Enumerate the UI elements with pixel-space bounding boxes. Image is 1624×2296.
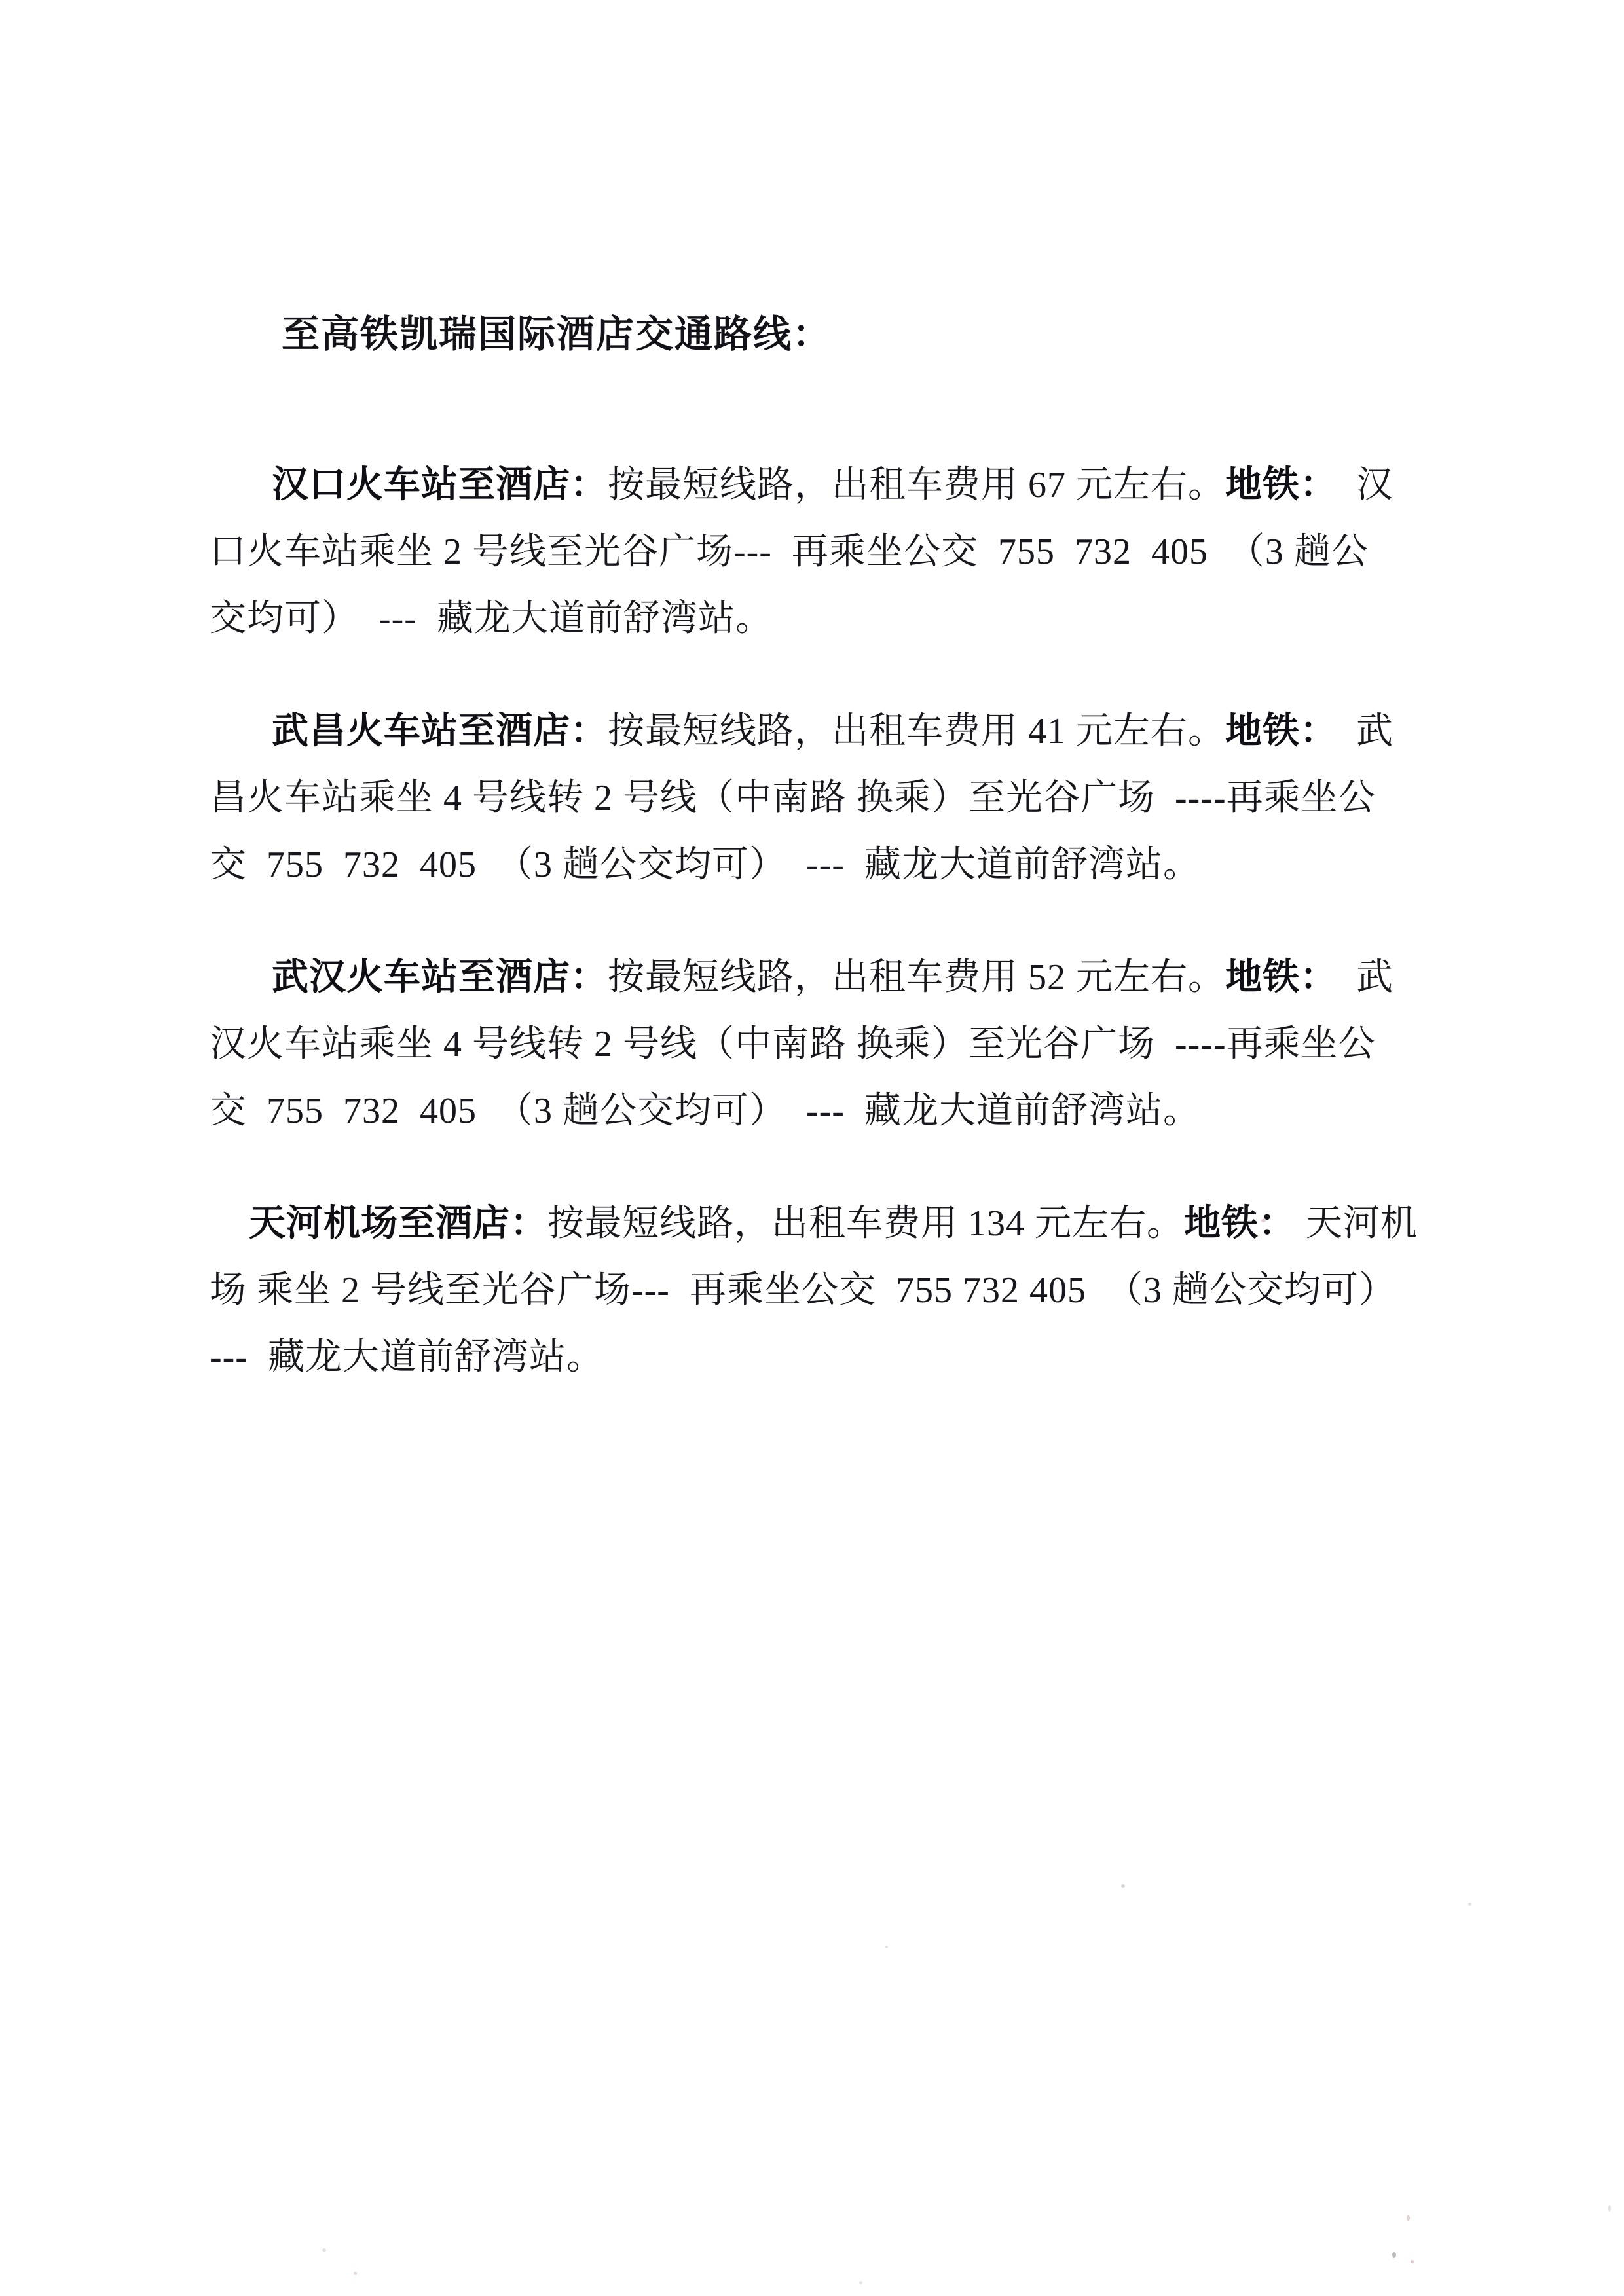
scan-speckle xyxy=(1121,1884,1125,1888)
scan-speckle xyxy=(1608,2205,1611,2212)
scan-speckle xyxy=(885,1946,888,1948)
scan-speckle xyxy=(1411,2260,1414,2263)
taxi-info-text: 按最短线路，出租车费用 41 元左右。 xyxy=(608,711,1225,752)
station-lead-label: 汉口火车站至酒店： xyxy=(272,465,608,505)
taxi-info-text: 按最短线路，出租车费用 134 元左右。 xyxy=(547,1203,1184,1244)
scan-speckle xyxy=(322,2248,326,2252)
route-paragraph-wuchang-station: 武昌火车站至酒店：按最短线路，出租车费用 41 元左右。地铁： 武 昌火车站乘坐… xyxy=(210,698,1434,898)
metro-label: 地铁： xyxy=(1225,957,1319,998)
route-line-3: 交 755 732 405 （3 趟公交均可） --- 藏龙大道前舒湾站。 xyxy=(210,1078,1434,1144)
scan-speckle xyxy=(859,2281,862,2284)
station-lead-label: 武汉火车站至酒店： xyxy=(272,957,608,998)
scan-speckle xyxy=(1392,2252,1396,2258)
route-line-3: 交 755 732 405 （3 趟公交均可） --- 藏龙大道前舒湾站。 xyxy=(210,831,1434,898)
route-line-2: 口火车站乘坐 2 号线至光谷广场--- 再乘坐公交 755 732 405 （3… xyxy=(210,519,1434,585)
scanned-document-page: 至高铁凯瑞国际酒店交通路线： 汉口火车站至酒店：按最短线路，出租车费用 67 元… xyxy=(0,0,1624,2296)
route-line-1: 天河机场至酒店：按最短线路，出租车费用 134 元左右。地铁： 天河机 xyxy=(210,1190,1434,1257)
metro-label: 地铁： xyxy=(1184,1203,1296,1244)
route-line-1: 武昌火车站至酒店：按最短线路，出租车费用 41 元左右。地铁： 武 xyxy=(210,698,1434,765)
metro-route-start: 汉 xyxy=(1319,465,1393,505)
station-lead-label: 天河机场至酒店： xyxy=(249,1203,547,1244)
route-line-2: 场 乘坐 2 号线至光谷广场--- 再乘坐公交 755 732 405 （3 趟… xyxy=(210,1257,1434,1324)
metro-route-start: 武 xyxy=(1319,957,1393,998)
route-line-1: 汉口火车站至酒店：按最短线路，出租车费用 67 元左右。地铁： 汉 xyxy=(210,452,1434,519)
taxi-info-text: 按最短线路，出租车费用 67 元左右。 xyxy=(608,465,1225,505)
document-content: 至高铁凯瑞国际酒店交通路线： 汉口火车站至酒店：按最短线路，出租车费用 67 元… xyxy=(210,301,1434,1436)
route-paragraph-tianhe-airport: 天河机场至酒店：按最短线路，出租车费用 134 元左右。地铁： 天河机 场 乘坐… xyxy=(210,1190,1434,1391)
scan-speckle xyxy=(1468,1903,1471,1906)
route-line-1: 武汉火车站至酒店：按最短线路，出租车费用 52 元左右。地铁： 武 xyxy=(210,944,1434,1011)
scan-speckle xyxy=(1407,2215,1410,2221)
station-lead-label: 武昌火车站至酒店： xyxy=(272,711,608,752)
metro-route-start: 天河机 xyxy=(1296,1203,1418,1244)
route-line-3: 交均可） --- 藏龙大道前舒湾站。 xyxy=(210,585,1434,652)
page-title: 至高铁凯瑞国际酒店交通路线： xyxy=(210,301,1434,368)
metro-label: 地铁： xyxy=(1225,711,1319,752)
route-line-2: 汉火车站乘坐 4 号线转 2 号线（中南路 换乘）至光谷广场 ----再乘坐公 xyxy=(210,1011,1434,1078)
route-line-3: --- 藏龙大道前舒湾站。 xyxy=(210,1324,1434,1391)
taxi-info-text: 按最短线路，出租车费用 52 元左右。 xyxy=(608,957,1225,998)
scan-speckle xyxy=(354,2272,357,2275)
route-line-2: 昌火车站乘坐 4 号线转 2 号线（中南路 换乘）至光谷广场 ----再乘坐公 xyxy=(210,765,1434,831)
route-paragraph-hankou-station: 汉口火车站至酒店：按最短线路，出租车费用 67 元左右。地铁： 汉 口火车站乘坐… xyxy=(210,452,1434,652)
metro-label: 地铁： xyxy=(1225,465,1319,505)
route-paragraph-wuhan-station: 武汉火车站至酒店：按最短线路，出租车费用 52 元左右。地铁： 武 汉火车站乘坐… xyxy=(210,944,1434,1144)
metro-route-start: 武 xyxy=(1319,711,1393,752)
